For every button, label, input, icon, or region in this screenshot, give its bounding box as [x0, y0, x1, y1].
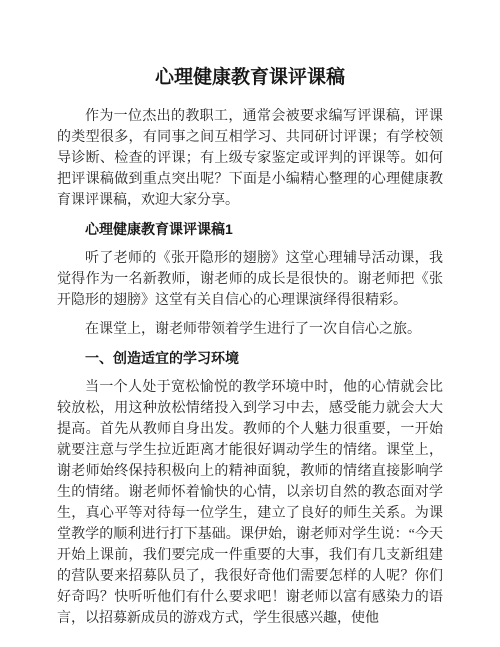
section-heading-2: 一、创造适宜的学习环境: [57, 348, 443, 369]
paragraph-3: 当一个人处于宽松愉悦的教学环境中时，他的心情就会比较放松，用这种放松情绪投入到学…: [57, 377, 443, 629]
section-heading-1: 心理健康教育课评课稿1: [57, 219, 443, 240]
paragraph-1: 听了老师的《张开隐形的翅膀》这堂心理辅导活动课，我觉得作为一名新教师，谢老师的成…: [57, 248, 443, 311]
paragraph-2: 在课堂上，谢老师带领着学生进行了一次自信心之旅。: [57, 319, 443, 340]
document-title: 心理健康教育课评课稿: [57, 64, 443, 92]
intro-paragraph: 作为一位杰出的教职工，通常会被要求编写评课稿，评课的类型很多，有同事之间互相学习…: [57, 106, 443, 211]
document-page: 心理健康教育课评课稿 作为一位杰出的教职工，通常会被要求编写评课稿，评课的类型很…: [0, 0, 500, 647]
